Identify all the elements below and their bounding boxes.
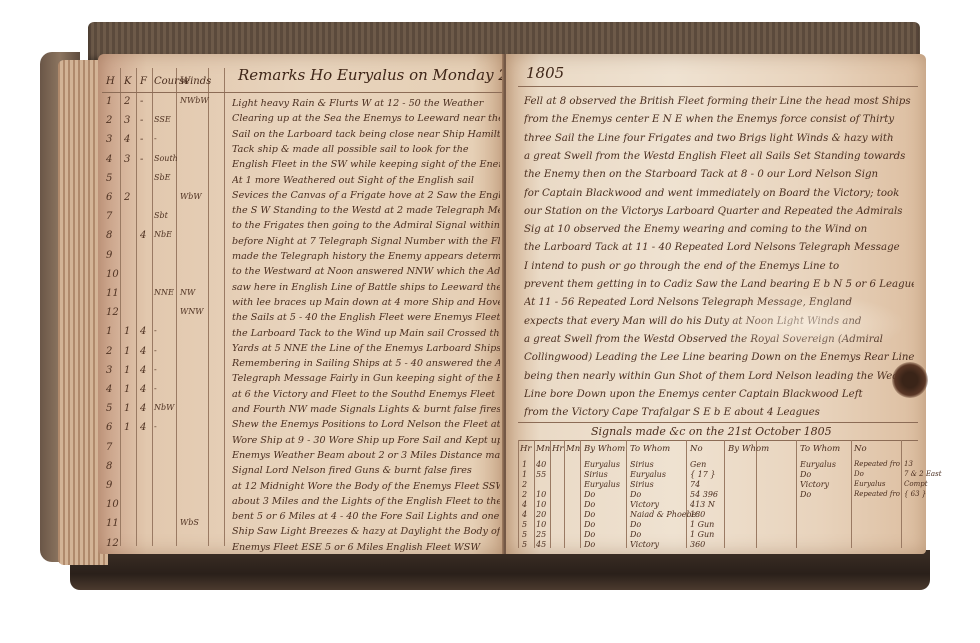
hour-cell: 9 [106, 480, 112, 491]
knots-cell: 4 [124, 134, 130, 145]
course-cell: South [154, 154, 178, 163]
signal-number: 1 Gun [690, 520, 714, 529]
winds-cell: WNW [180, 307, 203, 316]
hour-cell: 5 [106, 173, 112, 184]
signals-column-header: Hr [552, 444, 563, 454]
fathoms-cell: 4 [140, 422, 146, 433]
signal-by-whom: Do [584, 490, 595, 499]
signal-by-whom: Sirius [584, 470, 608, 479]
hour-cell: 1 [106, 326, 112, 337]
fathoms-cell: 4 [140, 346, 146, 357]
course-cell: SbE [154, 173, 170, 182]
signal-hour: 5 [522, 530, 527, 539]
signal-by-whom: Do [584, 500, 595, 509]
signal-by-whom-2: Euryalus [800, 460, 836, 469]
signals-column-header: By Whom [584, 444, 625, 454]
knots-cell: 1 [124, 422, 130, 433]
knots-cell: 1 [124, 346, 130, 357]
book-cover-bottom [70, 550, 930, 590]
handwritten-line: Sig at 10 observed the Enemy wearing and… [524, 220, 914, 240]
signal-to-whom-2: Repeated from the Victory [854, 490, 900, 498]
signal-number: 74 [690, 480, 700, 489]
handwritten-line: Line bore Down upon the Enemys center Ca… [524, 385, 914, 405]
signal-hour: 5 [522, 520, 527, 529]
knots-cell: 2 [124, 96, 130, 107]
winds-cell: NW [180, 288, 195, 297]
signal-minute: 55 [536, 470, 546, 479]
signal-to-whom-2: Do [854, 470, 900, 478]
knots-cell: 2 [124, 192, 130, 203]
signal-hour: 4 [522, 500, 527, 509]
signals-column-header: By Whom [728, 444, 769, 454]
signal-minute: 25 [536, 530, 546, 539]
fathoms-cell: - [140, 134, 143, 145]
hour-cell: 9 [106, 250, 112, 261]
course-cell: - [154, 326, 157, 335]
signals-table-title: Signals made &c on the 21st October 1805 [591, 425, 832, 438]
hour-cell: 4 [106, 154, 112, 165]
handwritten-line: the Enemy then on the Starboard Tack at … [524, 165, 914, 185]
handwritten-line: I intend to push or go through the end o… [524, 257, 914, 277]
course-cell: - [154, 346, 157, 355]
table-column-rule [550, 440, 551, 548]
signals-column-header: No [854, 444, 867, 454]
handwritten-line: being then nearly within Gun Shot of the… [524, 367, 914, 387]
col-header-hours: H [106, 76, 115, 87]
hour-cell: 4 [106, 384, 112, 395]
hour-cell: 10 [106, 269, 119, 280]
hour-cell: 1 [106, 96, 112, 107]
course-cell: - [154, 365, 157, 374]
signal-number: 180 [690, 510, 705, 519]
handwritten-line: the Larboard Tack at 11 - 40 Repeated Lo… [524, 238, 914, 258]
signal-hour: 1 [522, 470, 527, 479]
hour-cell: 8 [106, 461, 112, 472]
signal-by-whom: Do [584, 520, 595, 529]
signal-minute: 45 [536, 540, 546, 549]
table-column-rule [626, 440, 627, 548]
table-column-rule [534, 440, 535, 548]
signal-hour: 4 [522, 510, 527, 519]
hour-cell: 7 [106, 211, 112, 222]
signal-minute: 20 [536, 510, 546, 519]
hour-cell: 3 [106, 134, 112, 145]
col-header-winds: Winds [180, 76, 211, 87]
signal-number: Gen [690, 460, 706, 469]
course-cell: NNE [154, 288, 174, 297]
left-page: H K F Course Winds Remarks Ho Euryalus o… [98, 54, 505, 554]
signal-to-whom-2: Repeated from the Victory [854, 460, 900, 468]
handwritten-line: prevent them getting in to Cadiz Saw the… [524, 275, 914, 295]
light-glare [706, 294, 906, 354]
signals-column-header: Hr [520, 444, 531, 454]
signal-by-whom: Do [584, 530, 595, 539]
hour-cell: 3 [106, 365, 112, 376]
winds-cell: NWbW [180, 96, 209, 105]
signal-to-whom: Naiad & Phoebe [630, 510, 696, 519]
winds-cell: WbS [180, 518, 199, 527]
table-column-rule [564, 440, 565, 548]
signal-minute: 10 [536, 520, 546, 529]
signal-minute: 10 [536, 500, 546, 509]
signal-to-whom: Euryalus [630, 470, 666, 479]
hour-cell: 12 [106, 307, 119, 318]
knots-cell: 1 [124, 326, 130, 337]
handwritten-line: a great Swell from the Westd English Fle… [524, 147, 914, 167]
table-column-rule [686, 440, 687, 548]
signal-to-whom: Sirius [630, 460, 654, 469]
signal-number: 54 396 [690, 490, 718, 499]
table-column-rule [851, 440, 852, 548]
hour-cell: 11 [106, 518, 119, 529]
signal-to-whom: Victory [630, 540, 659, 549]
signal-hour: 1 [522, 460, 527, 469]
winds-cell: WbW [180, 192, 202, 201]
fathoms-cell: 4 [140, 403, 146, 414]
handwritten-line: our Station on the Victorys Larboard Qua… [524, 202, 914, 222]
hour-cell: 11 [106, 288, 119, 299]
fathoms-cell: 4 [140, 230, 146, 241]
right-page-year: 1805 [526, 64, 564, 82]
signal-by-whom-2: Do [800, 490, 811, 499]
signal-by-whom: Euryalus [584, 480, 620, 489]
knots-cell: 3 [124, 154, 130, 165]
signal-to-whom: Sirius [630, 480, 654, 489]
course-cell: - [154, 422, 157, 431]
signals-column-header: Mn [566, 444, 580, 454]
right-page: 1805 Fell at 8 observed the British Flee… [506, 54, 926, 554]
table-column-rule [724, 440, 725, 548]
course-cell: NbW [154, 403, 174, 412]
signal-by-whom: Euryalus [584, 460, 620, 469]
signal-number: 360 [690, 540, 705, 549]
signal-to-whom: Do [630, 530, 641, 539]
signal-to-whom: Do [630, 520, 641, 529]
course-cell: Sbt [154, 211, 168, 220]
hour-cell: 8 [106, 230, 112, 241]
fathoms-cell: 4 [140, 384, 146, 395]
signal-number: 413 N [690, 500, 715, 509]
hour-cell: 10 [106, 499, 119, 510]
fathoms-cell: - [140, 154, 143, 165]
logbook: H K F Course Winds Remarks Ho Euryalus o… [40, 22, 935, 592]
table-column-rule [518, 440, 519, 548]
signal-to-whom-2: Euryalus [854, 480, 900, 488]
course-cell: - [154, 384, 157, 393]
handwritten-line: from the Enemys center E N E when the En… [524, 110, 914, 130]
signal-by-whom: Do [584, 510, 595, 519]
handwritten-line: Fell at 8 observed the British Fleet for… [524, 92, 914, 112]
signal-by-whom: Do [584, 540, 595, 549]
table-column-rule [580, 440, 581, 548]
course-cell: NbE [154, 230, 172, 239]
table-column-rule [796, 440, 797, 548]
signal-to-whom: Do [630, 490, 641, 499]
hour-cell: 2 [106, 346, 112, 357]
signals-column-header: Mn [536, 444, 550, 454]
table-column-rule [756, 440, 757, 548]
signals-column-header: To Whom [630, 444, 670, 454]
signal-hour: 5 [522, 540, 527, 549]
hour-cell: 12 [106, 538, 119, 549]
signals-column-header: To Whom [800, 444, 840, 454]
fathoms-cell: 4 [140, 326, 146, 337]
col-header-knots: K [124, 76, 131, 87]
signal-minute: 40 [536, 460, 546, 469]
handwritten-line: from the Victory Cape Trafalgar S E b E … [524, 403, 914, 423]
table-column-rule [901, 440, 902, 548]
signal-minute: 10 [536, 490, 546, 499]
signal-number-2: Compt [904, 480, 928, 488]
hour-cell: 5 [106, 403, 112, 414]
knots-cell: 1 [124, 384, 130, 395]
knots-cell: 3 [124, 115, 130, 126]
handwritten-line: three Sail the Line four Frigates and tw… [524, 129, 914, 149]
hour-cell: 6 [106, 192, 112, 203]
hour-cell: 2 [106, 115, 112, 126]
handwritten-line: for Captain Blackwood and went immediate… [524, 184, 914, 204]
signal-number-2: { 63 } [904, 490, 926, 498]
signal-number: 1 Gun [690, 530, 714, 539]
course-cell: - [154, 134, 157, 143]
signal-hour: 2 [522, 490, 527, 499]
signal-by-whom-2: Do [800, 470, 811, 479]
course-cell: SSE [154, 115, 171, 124]
signal-by-whom-2: Victory [800, 480, 829, 489]
knots-cell: 1 [124, 365, 130, 376]
signal-number-2: 7 & 2 East [904, 470, 942, 478]
signal-hour: 2 [522, 480, 527, 489]
knots-cell: 1 [124, 403, 130, 414]
fathoms-cell: - [140, 96, 143, 107]
signal-to-whom: Victory [630, 500, 659, 509]
fathoms-cell: 4 [140, 365, 146, 376]
ink-stain [892, 362, 928, 398]
hour-cell: 6 [106, 422, 112, 433]
handwritten-line: Enemys Fleet ESE 5 or 6 Miles English Fl… [232, 538, 500, 558]
signals-column-header: No [690, 444, 703, 454]
signal-number: { 17 } [690, 470, 715, 479]
hour-cell: 7 [106, 442, 112, 453]
signal-number-2: 13 [904, 460, 913, 468]
col-header-fathoms: F [140, 76, 147, 87]
fathoms-cell: - [140, 115, 143, 126]
